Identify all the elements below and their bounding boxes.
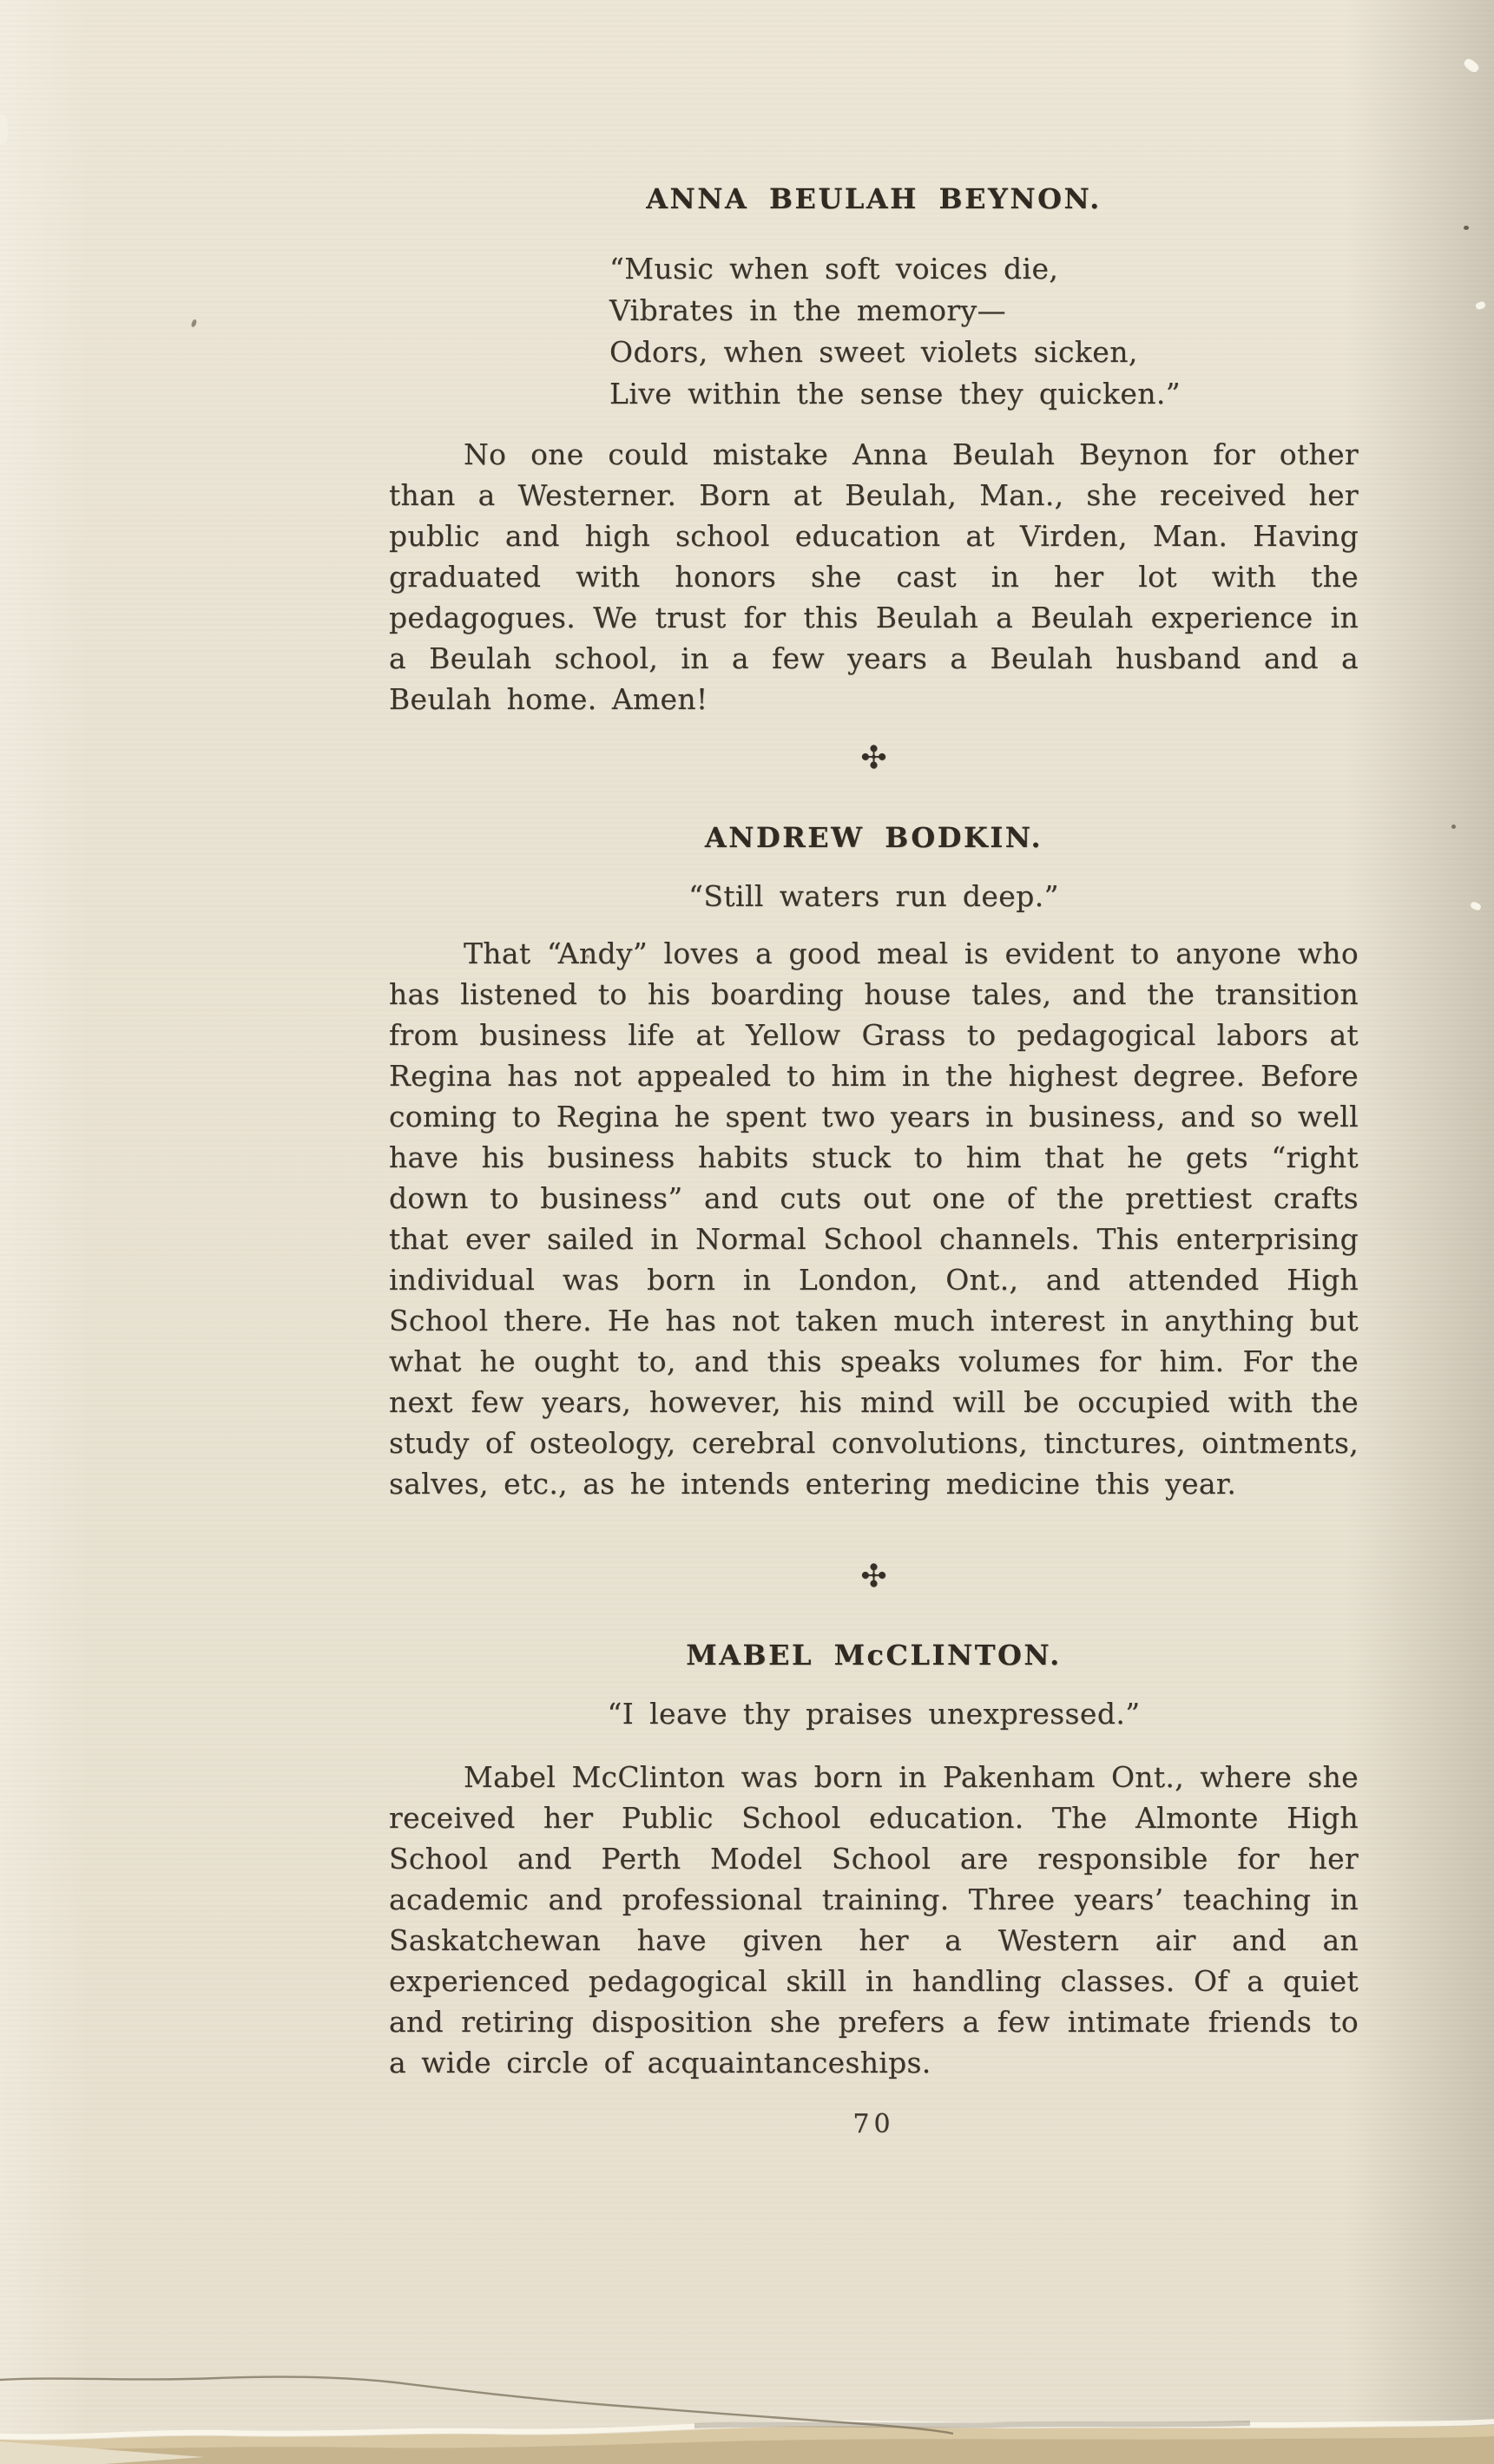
entry-epigraph: “I leave thy praises unexpressed.” <box>389 1696 1359 1732</box>
paper-speck <box>1470 901 1482 911</box>
paper-speck <box>1463 57 1481 75</box>
entry-biography-text: That “Andy” loves a good meal is evident… <box>389 933 1359 1504</box>
poem-line: Live within the sense they quicken.” <box>609 373 1494 415</box>
tear-curl-shadow <box>694 2423 1250 2426</box>
poem-line: Vibrates in the memory— <box>609 290 1494 332</box>
entry-epigraph: “Still waters run deep.” <box>389 878 1359 915</box>
entry-biography-text: Mabel McClinton was born in Pakenham Ont… <box>389 1757 1359 2083</box>
entry-heading: MABEL McCLINTON. <box>389 1639 1359 1672</box>
divider-ornament-icon: ✣ <box>389 1558 1359 1596</box>
scanned-yearbook-page: ANNA BEULAH BEYNON. “Music when soft voi… <box>0 0 1494 2464</box>
paper-speck <box>0 115 8 144</box>
paper-speck <box>191 319 198 327</box>
divider-ornament-icon: ✣ <box>389 739 1359 778</box>
entry-epigraph-poem: “Music when soft voices die, Vibrates in… <box>389 248 1494 415</box>
entry-biography-text: No one could mistake Anna Beulah Beynon … <box>389 434 1359 719</box>
paper-speck <box>1451 825 1456 829</box>
poem-line: “Music when soft voices die, <box>609 248 1494 290</box>
paper-speck <box>1464 226 1469 230</box>
page-tear-decoration <box>0 2351 1494 2464</box>
entry-heading: ANDREW BODKIN. <box>389 821 1359 854</box>
entry-heading: ANNA BEULAH BEYNON. <box>389 182 1359 215</box>
poem-line: Odors, when sweet violets sicken, <box>609 332 1494 373</box>
page-number: 70 <box>389 2109 1359 2140</box>
